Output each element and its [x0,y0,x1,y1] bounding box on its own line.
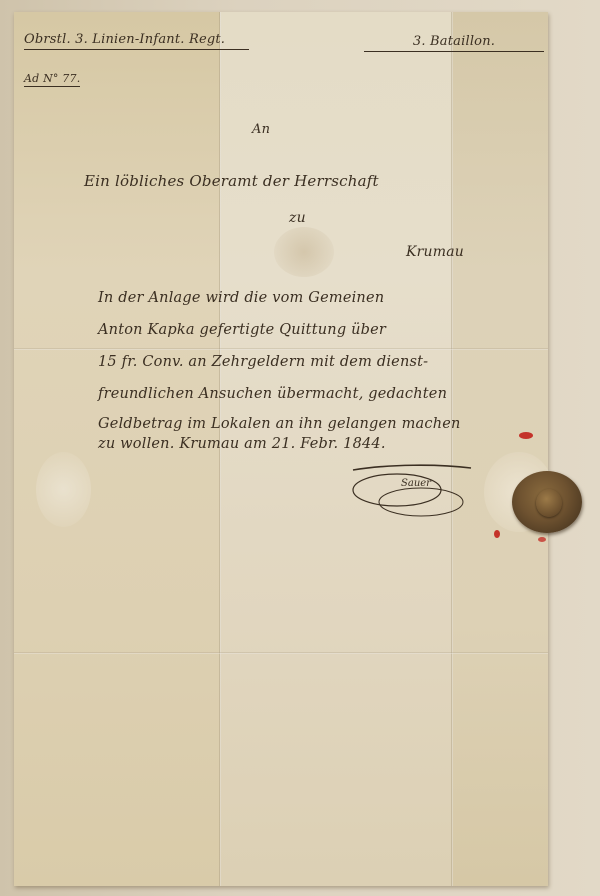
body-line-3: 15 fr. Conv. an Zehrgeldern mit dem dien… [98,354,428,370]
water-stain [274,227,334,277]
red-wax-spot-left [494,530,500,538]
address-an: An [252,122,270,137]
seal-knob [536,489,562,517]
horizontal-fold-upper [14,348,548,350]
wax-seal-stamp [512,471,582,533]
horizontal-fold-lower [14,652,548,654]
address-zu: zu [289,210,306,226]
body-line-1: In der Anlage wird die vom Gemeinen [98,290,384,306]
body-line-6: zu wollen. Krumau am 21. Febr. 1844. [98,436,386,452]
body-line-4: freundlichen Ansuchen übermacht, gedacht… [98,386,447,402]
vertical-fold-right [451,12,453,886]
signature-flourish: Sauer [349,460,474,518]
embossed-seal-impression [36,452,91,527]
address-place: Krumau [406,244,464,260]
red-wax-spot-top [519,432,533,439]
header-regiment: Obrstl. 3. Linien-Infant. Regt. [24,32,249,50]
body-line-5: Geldbetrag im Lokalen an ihn gelangen ma… [98,416,461,432]
letter-sheet: Obrstl. 3. Linien-Infant. Regt. Ad N° 77… [14,12,548,886]
paper-panel-right [452,12,548,886]
red-wax-spot-bottom [538,537,546,542]
body-line-2: Anton Kapka gefertigte Quittung über [98,322,386,338]
header-battalion: 3. Bataillon. [364,34,544,52]
signature-name: Sauer [401,478,432,489]
addressee: Ein löbliches Oberamt der Herrschaft [84,172,379,190]
header-reference-number: Ad N° 77. [24,72,80,87]
photo-background: Obrstl. 3. Linien-Infant. Regt. Ad N° 77… [0,0,600,896]
